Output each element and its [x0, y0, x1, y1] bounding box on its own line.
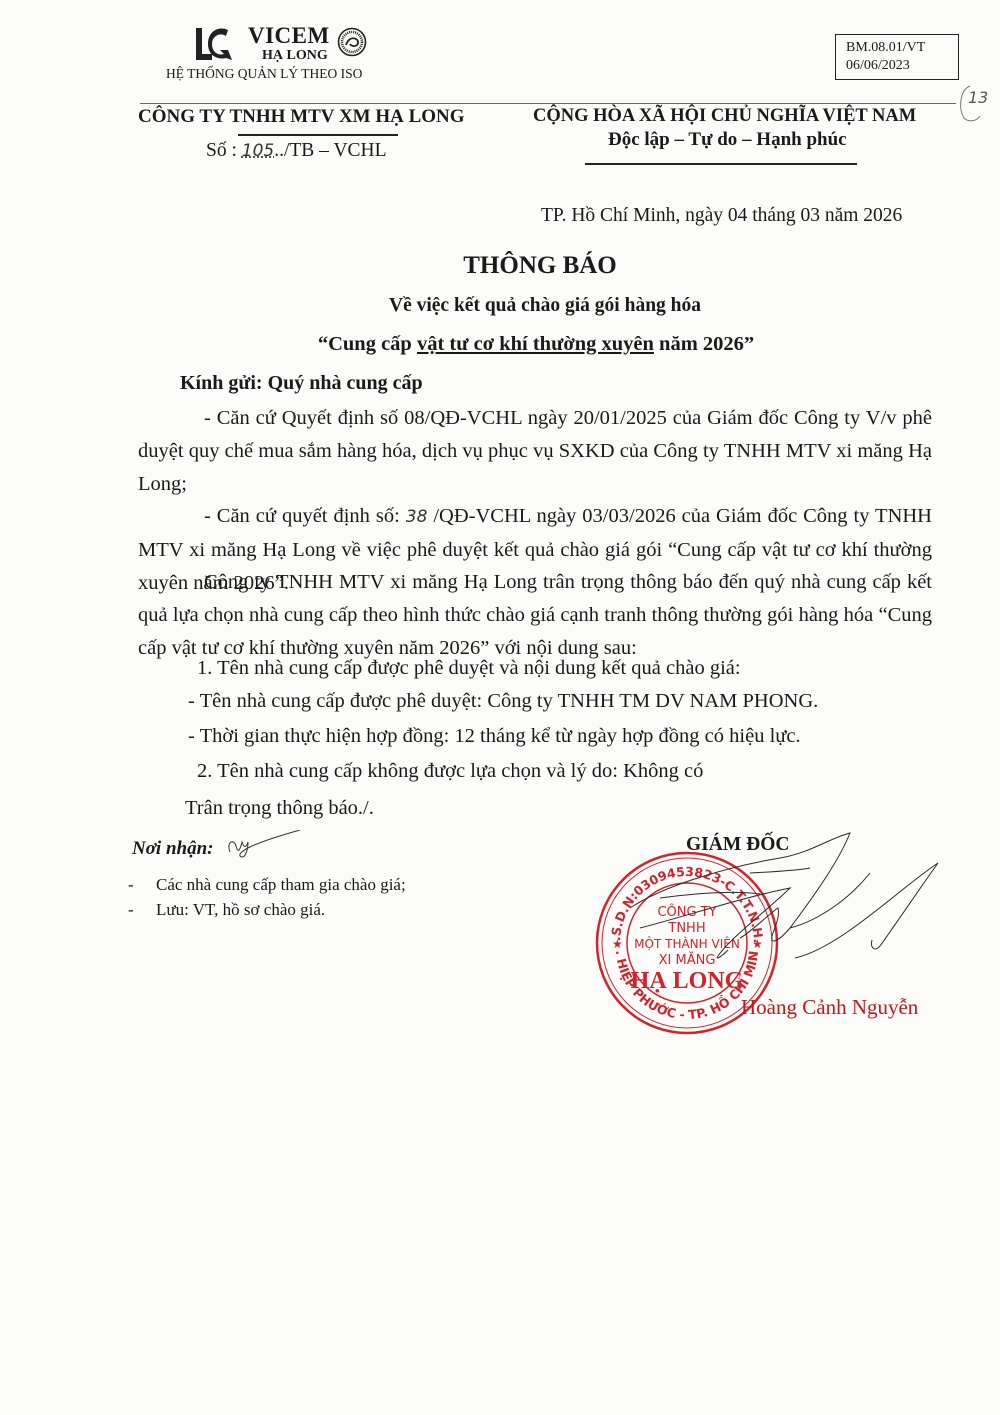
- document-subject: Về việc kết quả chào giá gói hàng hóa: [0, 295, 1000, 317]
- form-code-box: BM.08.01/VT 06/06/2023: [835, 34, 959, 80]
- announcement-paragraph: Công ty TNHH MTV xi măng Hạ Long trân tr…: [138, 566, 932, 665]
- document-title: THÔNG BÁO: [0, 252, 1000, 280]
- motto-underline: [585, 163, 857, 165]
- logo-subbrand: HẠ LONG: [262, 48, 328, 64]
- form-code: BM.08.01/VT: [846, 39, 958, 57]
- national-motto: Độc lập – Tự do – Hạnh phúc: [608, 129, 847, 151]
- logo-tagline: HỆ THỐNG QUẢN LÝ THEO ISO: [166, 66, 362, 82]
- recipients-list: -Các nhà cung cấp tham gia chào giá; -Lư…: [128, 872, 406, 922]
- issuing-company: CÔNG TY TNHH MTV XM HẠ LONG: [138, 106, 465, 128]
- recipient-item: -Lưu: VT, hồ sơ chào giá.: [128, 897, 406, 922]
- section-1-heading: 1. Tên nhà cung cấp được phê duyệt và nộ…: [197, 657, 741, 680]
- form-date: 06/06/2023: [846, 57, 958, 75]
- salutation: Kính gửi: Quý nhà cung cấp: [180, 372, 423, 395]
- place-date: TP. Hồ Chí Minh, ngày 04 tháng 03 năm 20…: [541, 205, 902, 227]
- recipient-item: -Các nhà cung cấp tham gia chào giá;: [128, 872, 406, 897]
- section-2-heading: 2. Tên nhà cung cấp không được lựa chọn …: [197, 760, 703, 783]
- handwritten-page-mark: 13: [958, 84, 988, 124]
- contract-duration: - Thời gian thực hiện hợp đồng: 12 tháng…: [188, 725, 801, 748]
- company-underline: [238, 134, 398, 136]
- header-rule: [140, 103, 956, 104]
- handwritten-decision-number: 38: [406, 507, 428, 527]
- handwritten-number: 105: [242, 141, 274, 161]
- closing-line: Trân trọng thông báo./.: [185, 797, 374, 820]
- package-name: “Cung cấp vật tư cơ khí thường xuyên năm…: [0, 333, 1000, 356]
- dragon-emblem-icon: [337, 27, 367, 57]
- logo-brand: VICEM: [248, 24, 330, 48]
- handwritten-signature-icon: [600, 828, 940, 978]
- approved-supplier: - Tên nhà cung cấp được phê duyệt: Công …: [188, 690, 818, 713]
- company-logo: VICEM HẠ LONG HỆ THỐNG QUẢN LÝ THEO ISO: [140, 24, 410, 86]
- initials-signature-icon: [222, 830, 312, 870]
- basis-paragraph-1: - Căn cứ Quyết định số 08/QĐ-VCHL ngày 2…: [138, 402, 932, 501]
- recipients-label: Nơi nhận:: [132, 838, 213, 860]
- document-number: Số : 105../TB – VCHL: [206, 140, 387, 162]
- national-title: CỘNG HÒA XÃ HỘI CHỦ NGHĨA VIỆT NAM: [533, 106, 916, 127]
- signatory-name: Hoàng Cảnh Nguyễn: [741, 995, 918, 1020]
- lg-logo-mark-icon: [194, 26, 238, 62]
